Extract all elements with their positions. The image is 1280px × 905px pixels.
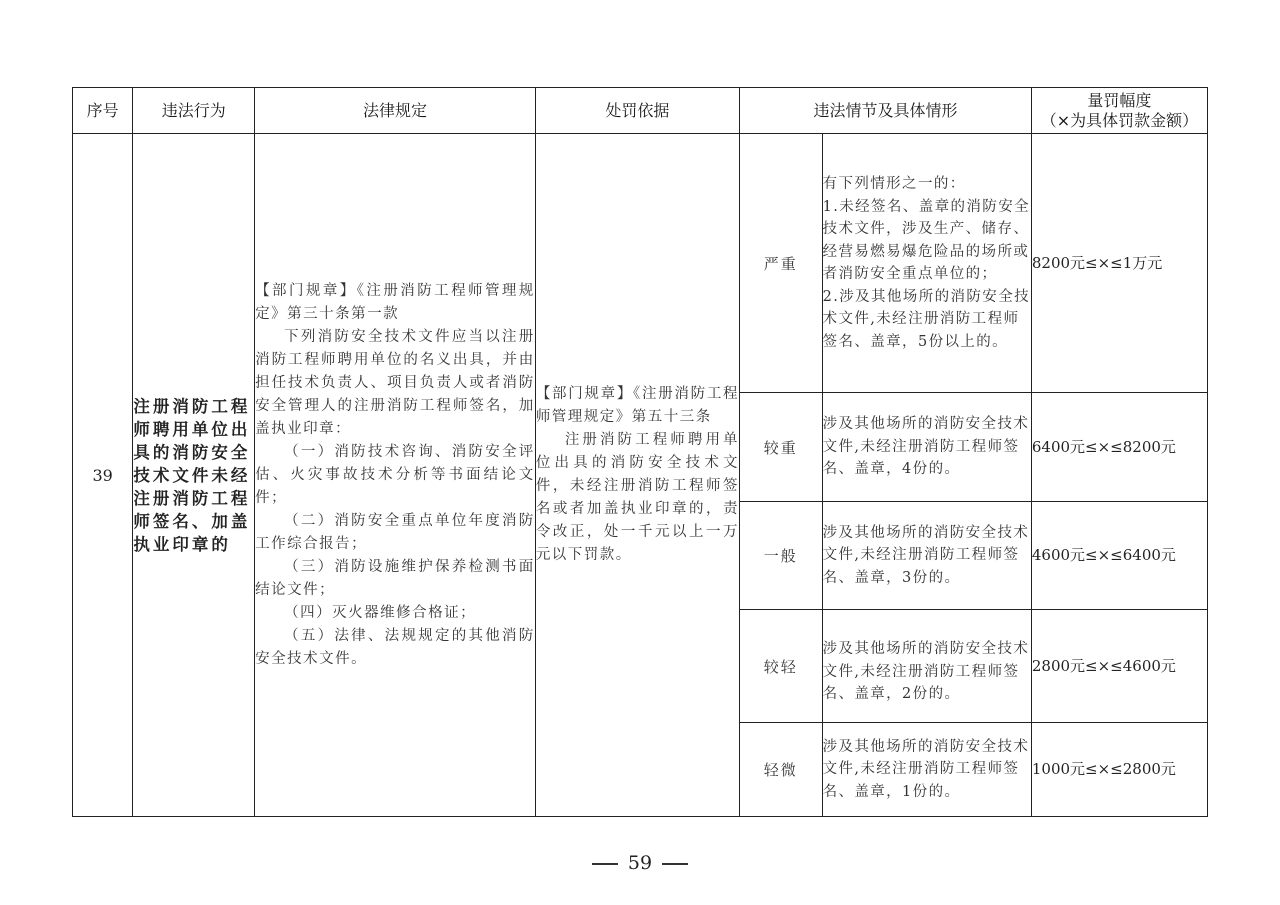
detail-severe-item-1: 1.未经签名、盖章的消防安全技术文件，涉及生产、储存、经营易燃易爆危险品的场所或… [823, 196, 1031, 286]
level-severe: 严重 [740, 134, 823, 393]
penalty-table: 序号 违法行为 法律规定 处罚依据 违法情节及具体情形 量罚幅度 （×为具体罚款… [72, 87, 1208, 817]
law-item-4: （四）灭火器维修合格证； [255, 602, 535, 625]
row-number: 39 [73, 134, 133, 817]
law-item-2: （二）消防安全重点单位年度消防工作综合报告； [255, 510, 535, 556]
page-number: 59 [628, 852, 652, 874]
detail-slight: 涉及其他场所的消防安全技术文件,未经注册消防工程师签名、盖章，1份的。 [822, 723, 1031, 817]
table-row: 39 注册消防工程师聘用单位出具的消防安全技术文件未经注册消防工程师签名、加盖执… [73, 134, 1208, 393]
header-no: 序号 [73, 88, 133, 134]
penalty-basis: 【部门规章】《注册消防工程师管理规定》第五十三条 注册消防工程师聘用单位出具的消… [535, 134, 739, 817]
header-range-note: （×为具体罚款金额） [1032, 111, 1207, 131]
law-text: 下列消防安全技术文件应当以注册消防工程师聘用单位的名义出具，并由担任技术负责人、… [255, 326, 535, 441]
dash-right [662, 863, 688, 865]
law-item-1: （一）消防技术咨询、消防安全评估、火灾事故技术分析等书面结论文件； [255, 441, 535, 510]
legal-provision: 【部门规章】《注册消防工程师管理规定》第三十条第一款 下列消防安全技术文件应当以… [255, 134, 536, 817]
range-slight: 1000元≤×≤2800元 [1031, 723, 1207, 817]
law-item-5: （五）法律、法规规定的其他消防安全技术文件。 [255, 625, 535, 671]
dash-left [592, 863, 618, 865]
range-serious: 6400元≤×≤8200元 [1031, 393, 1207, 502]
page-footer: 59 [0, 852, 1280, 874]
header-basis: 处罚依据 [535, 88, 739, 134]
range-general: 4600元≤×≤6400元 [1031, 502, 1207, 610]
detail-serious: 涉及其他场所的消防安全技术文件,未经注册消防工程师签名、盖章，4份的。 [822, 393, 1031, 502]
detail-severe-item-2: 2.涉及其他场所的消防安全技术文件,未经注册消防工程师签名、盖章，5份以上的。 [823, 286, 1031, 354]
level-general: 一般 [740, 502, 823, 610]
document-page: 序号 违法行为 法律规定 处罚依据 违法情节及具体情形 量罚幅度 （×为具体罚款… [0, 0, 1280, 905]
law-source: 【部门规章】《注册消防工程师管理规定》第三十条第一款 [255, 280, 535, 326]
range-severe: 8200元≤×≤1万元 [1031, 134, 1207, 393]
header-range: 量罚幅度 （×为具体罚款金额） [1031, 88, 1207, 134]
table-header-row: 序号 违法行为 法律规定 处罚依据 违法情节及具体情形 量罚幅度 （×为具体罚款… [73, 88, 1208, 134]
detail-general: 涉及其他场所的消防安全技术文件,未经注册消防工程师签名、盖章，3份的。 [822, 502, 1031, 610]
violation-act: 注册消防工程师聘用单位出具的消防安全技术文件未经注册消防工程师签名、加盖执业印章… [133, 134, 255, 817]
range-minor: 2800元≤×≤4600元 [1031, 610, 1207, 723]
header-act: 违法行为 [133, 88, 255, 134]
basis-source: 【部门规章】《注册消防工程师管理规定》第五十三条 [536, 383, 739, 429]
header-circumstance: 违法情节及具体情形 [740, 88, 1032, 134]
law-item-3: （三）消防设施维护保养检测书面结论文件； [255, 556, 535, 602]
detail-minor: 涉及其他场所的消防安全技术文件,未经注册消防工程师签名、盖章，2份的。 [822, 610, 1031, 723]
level-slight: 轻微 [740, 723, 823, 817]
basis-text: 注册消防工程师聘用单位出具的消防安全技术文件，未经注册消防工程师签名或者加盖执业… [536, 429, 739, 567]
detail-severe-intro: 有下列情形之一的： [823, 173, 1031, 196]
level-minor: 较轻 [740, 610, 823, 723]
detail-severe: 有下列情形之一的： 1.未经签名、盖章的消防安全技术文件，涉及生产、储存、经营易… [822, 134, 1031, 393]
level-serious: 较重 [740, 393, 823, 502]
header-law: 法律规定 [255, 88, 536, 134]
header-range-title: 量罚幅度 [1032, 91, 1207, 111]
